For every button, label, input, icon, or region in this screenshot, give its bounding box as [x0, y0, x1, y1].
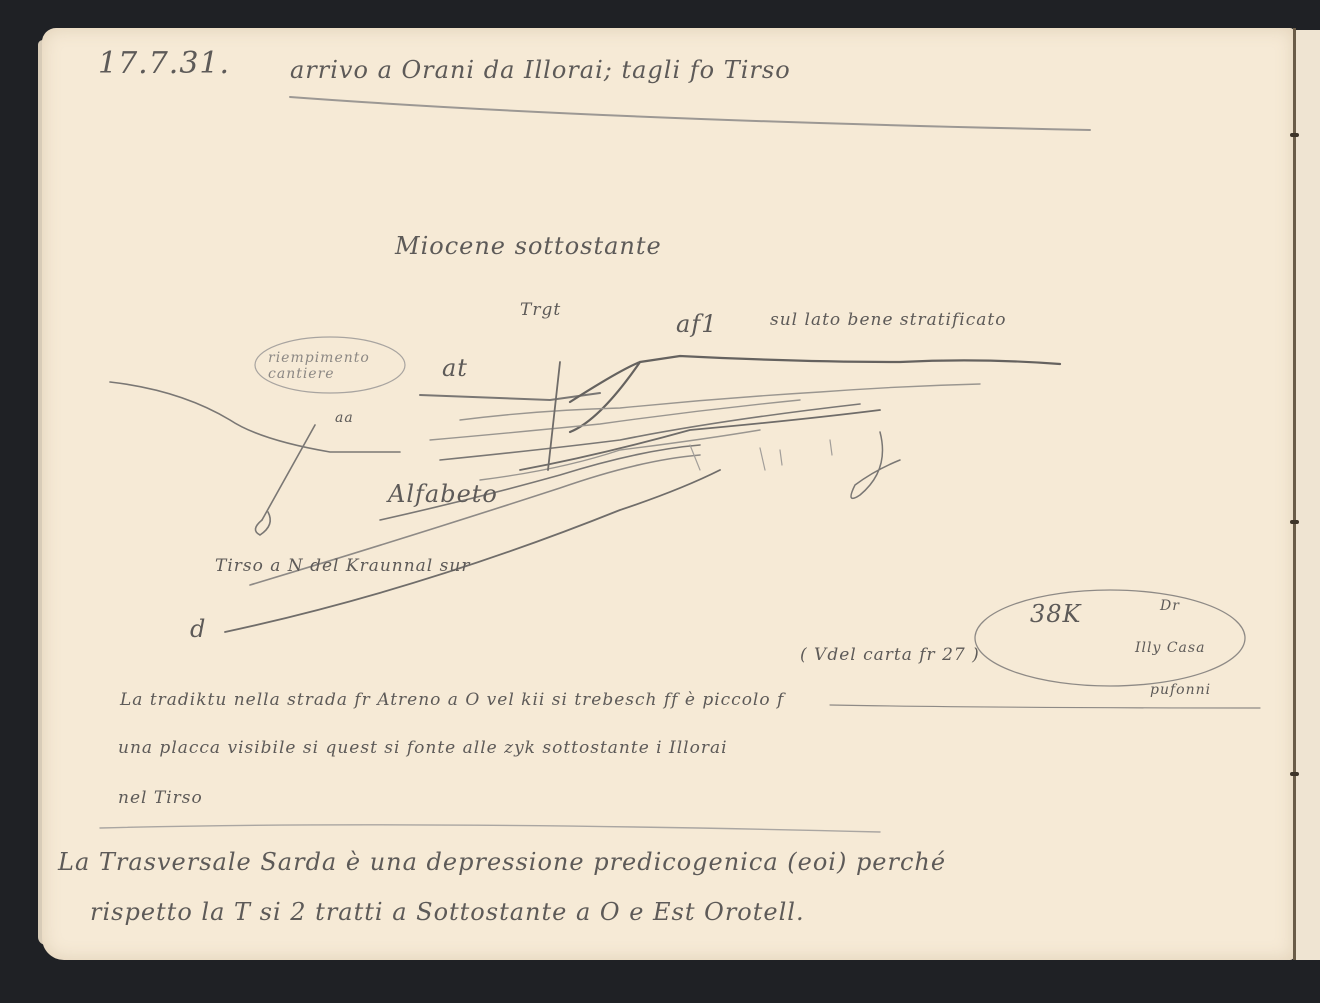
sketch-label-miocene: Miocene sottostante — [395, 232, 662, 260]
sketch-label-trgt: Trgt — [520, 300, 561, 320]
arrow-note: Tirso a N del Kraunnal sur — [215, 556, 470, 576]
paragraph1-line: nel Tirso — [118, 788, 203, 808]
circle-note-1: Dr — [1160, 598, 1180, 614]
paragraph1-line: una placca visibile si quest si fonte al… — [118, 738, 728, 758]
sketch-label-alfabeto: Alfabeto — [388, 480, 498, 508]
sketch-symbol-d: d — [190, 615, 206, 643]
entry-date: 17.7.31. — [98, 46, 230, 81]
sketch-label-stratified: sul lato bene stratificato — [770, 310, 1006, 330]
circle-note-2: Illy Casa — [1135, 640, 1205, 656]
circle-note-3: pufonni — [1150, 682, 1211, 698]
paragraph1-line: La tradiktu nella strada fr Atreno a O v… — [120, 690, 784, 710]
paragraph2-line: La Trasversale Sarda è una depressione p… — [58, 848, 946, 876]
sketch-symbol-af1: af1 — [676, 310, 717, 338]
entry-title: arrivo a Orani da Illorai; tagli fo Tirs… — [290, 56, 791, 84]
bubble-note: riempimento cantiere — [268, 350, 398, 382]
parenthetical-note: ( Vdel carta fr 27 ) — [800, 645, 980, 665]
circle-code: 38K — [1030, 600, 1081, 628]
sketch-mark-aa: aa — [335, 410, 354, 426]
paragraph2-line: rispetto la T si 2 tratti a Sottostante … — [90, 898, 805, 926]
sketch-label-at: at — [442, 354, 468, 382]
